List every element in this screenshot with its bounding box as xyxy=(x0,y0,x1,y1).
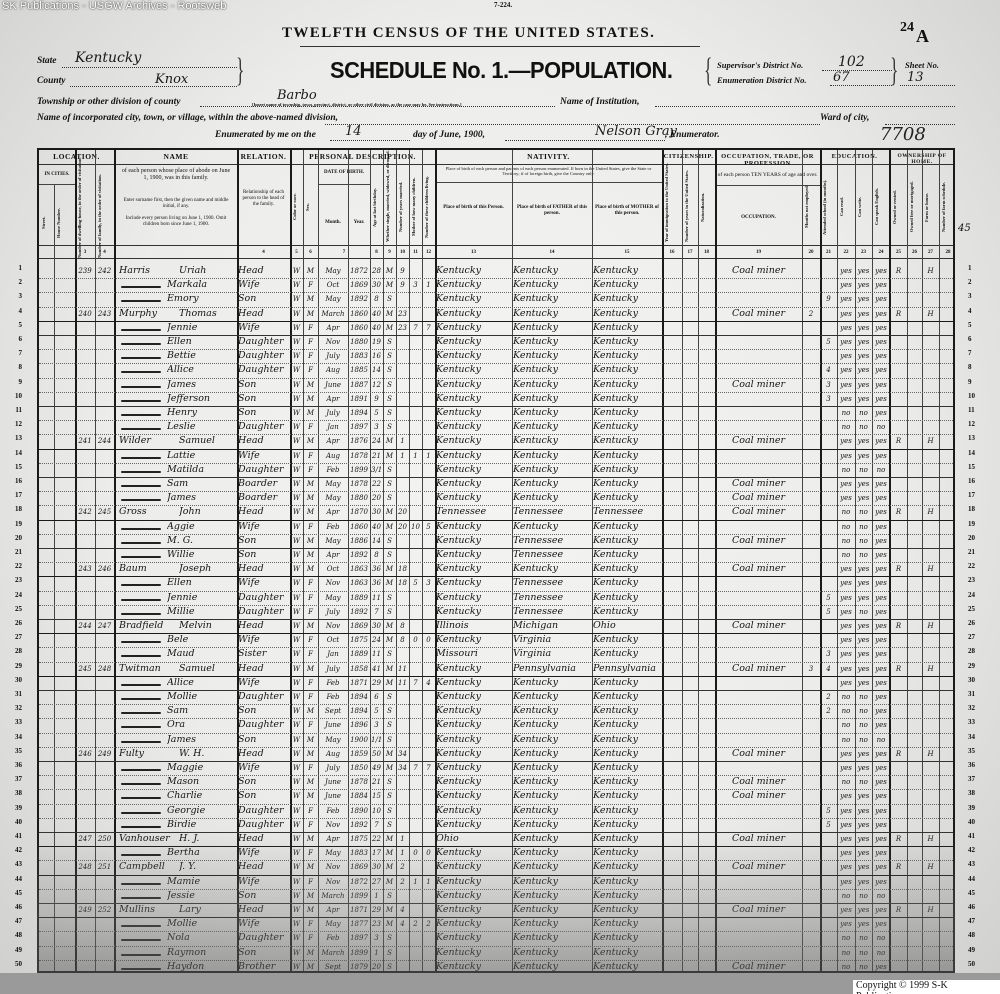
cell-age: 49 xyxy=(371,761,382,775)
column-header-label: Year of immigration to the United States… xyxy=(664,172,680,242)
cell-color: W xyxy=(291,860,302,874)
cell-english: yes xyxy=(873,690,889,704)
cell-relation: Head xyxy=(238,505,289,519)
cell-english: yes xyxy=(873,491,889,505)
column-header-label: Color or race. xyxy=(292,172,301,242)
cell-sex: M xyxy=(304,491,317,505)
cell-ym: 1 xyxy=(397,434,408,448)
cell-mother-of: 10 xyxy=(410,520,421,534)
cell-english: yes xyxy=(873,761,889,775)
cell-relation: Head xyxy=(238,434,289,448)
cell-month: May xyxy=(319,264,347,278)
cell-sex: M xyxy=(304,733,317,747)
line-number-right: 44 xyxy=(968,875,975,883)
cell-relation: Daughter xyxy=(238,591,289,605)
line-number-right: 8 xyxy=(968,363,972,371)
cell-write: yes xyxy=(856,619,871,633)
ditto-dash xyxy=(121,897,161,899)
cell-pob-father: Kentucky xyxy=(513,335,591,349)
column-header-label: Farm or house. xyxy=(924,172,937,242)
column-header-label: Street. xyxy=(41,188,52,258)
cell-sex: F xyxy=(304,335,317,349)
district-brace-right: } xyxy=(890,52,898,90)
line-number-left: 22 xyxy=(2,562,22,570)
line-number-right: 6 xyxy=(968,335,972,343)
cell-year: 1897 xyxy=(349,420,369,434)
ditto-dash xyxy=(121,769,161,771)
cell-english: yes xyxy=(873,548,889,562)
cell-month: Feb xyxy=(319,520,347,534)
header-nativity-desc: Place of birth of each person and parent… xyxy=(439,166,658,176)
cell-pob-mother: Kentucky xyxy=(593,420,661,434)
cell-write: yes xyxy=(856,747,871,761)
cell-year: 1870 xyxy=(349,505,369,519)
cell-write: yes xyxy=(856,647,871,661)
ditto-dash xyxy=(121,783,161,785)
page-stamp: 24 A xyxy=(900,20,914,36)
line-number-right: 25 xyxy=(968,605,975,613)
cell-marital: M xyxy=(384,761,395,775)
cell-sex: M xyxy=(304,562,317,576)
line-number-left: 18 xyxy=(2,505,22,513)
header-name-instr2: Include every person living on June 1, 1… xyxy=(119,216,233,228)
cell-age: 22 xyxy=(371,477,382,491)
cell-marital: S xyxy=(384,931,395,945)
cell-month: Apr xyxy=(319,832,347,846)
cell-pob-father: Kentucky xyxy=(513,406,591,420)
cell-month: Oct xyxy=(319,562,347,576)
cell-given-name: Bertha xyxy=(167,846,225,860)
cell-month: March xyxy=(319,307,347,321)
cell-relation: Son xyxy=(238,733,289,747)
cell-month: Sept xyxy=(319,704,347,718)
header-name-instr1: Enter surname first, then the given name… xyxy=(119,198,233,210)
cell-english: yes xyxy=(873,875,889,889)
cell-pob-mother: Kentucky xyxy=(593,463,661,477)
cell-ym: 9 xyxy=(397,264,408,278)
cell-color: W xyxy=(291,591,302,605)
ditto-dash xyxy=(121,286,161,288)
cell-given-name: Allice xyxy=(167,363,225,377)
cell-color: W xyxy=(291,917,302,931)
cell-year: 1863 xyxy=(349,576,369,590)
table-row: WifeWFFeb186040M20105KentuckyKentuckyKen… xyxy=(39,520,953,534)
cell-marital: S xyxy=(384,491,395,505)
cell-read: yes xyxy=(838,307,854,321)
cell-pob: Kentucky xyxy=(436,633,511,647)
column-number: 21 xyxy=(820,250,837,255)
cell-farm: H xyxy=(923,434,938,448)
cell-age: 11 xyxy=(371,591,382,605)
cell-ym: 23 xyxy=(397,321,408,335)
cell-color: W xyxy=(291,349,302,363)
cell-write: yes xyxy=(856,378,871,392)
cell-write: no xyxy=(856,704,871,718)
cell-pob-father: Kentucky xyxy=(513,931,591,945)
line-number-right: 14 xyxy=(968,449,975,457)
cell-school: 5 xyxy=(821,335,836,349)
cell-write: yes xyxy=(856,349,871,363)
cell-month: Oct xyxy=(319,278,347,292)
cell-read: yes xyxy=(838,818,854,832)
cell-marital: M xyxy=(384,832,395,846)
cell-dwelling: 244 xyxy=(76,619,94,633)
cell-pob-father: Virginia xyxy=(513,647,591,661)
schedule-title: SCHEDULE No. 1.—POPULATION. xyxy=(330,57,672,84)
cell-sex: M xyxy=(304,704,317,718)
cell-pob-father: Kentucky xyxy=(513,747,591,761)
cell-pob: Kentucky xyxy=(436,818,511,832)
cell-occupation: Coal miner xyxy=(716,434,801,448)
column-header-label: Place of birth of this Person. xyxy=(435,205,512,211)
cell-sex: F xyxy=(304,690,317,704)
cell-write: no xyxy=(856,931,871,945)
cell-relation: Son xyxy=(238,548,289,562)
cell-color: W xyxy=(291,548,302,562)
cell-age: 30 xyxy=(371,278,382,292)
cell-pob-father: Kentucky xyxy=(513,846,591,860)
cell-pob: Kentucky xyxy=(436,747,511,761)
cell-write: yes xyxy=(856,491,871,505)
cell-year: 1869 xyxy=(349,278,369,292)
cell-pob-father: Kentucky xyxy=(513,832,591,846)
cell-month: May xyxy=(319,292,347,306)
cell-marital: M xyxy=(384,676,395,690)
cell-year: 1875 xyxy=(349,633,369,647)
cell-occupation: Coal miner xyxy=(716,903,801,917)
cell-read: yes xyxy=(838,278,854,292)
state-value: Kentucky xyxy=(75,50,141,66)
cell-relation: Wife xyxy=(238,576,289,590)
cell-sex: F xyxy=(304,875,317,889)
line-number-right: 38 xyxy=(968,789,975,797)
cell-relation: Boarder xyxy=(238,477,289,491)
cell-pob: Kentucky xyxy=(436,349,511,363)
cell-pob-mother: Kentucky xyxy=(593,264,661,278)
cell-write: yes xyxy=(856,633,871,647)
cell-write: yes xyxy=(856,264,871,278)
cell-pob-father: Kentucky xyxy=(513,718,591,732)
cell-english: yes xyxy=(873,619,889,633)
cell-school: 5 xyxy=(821,804,836,818)
column-header-label: Sex. xyxy=(305,172,316,242)
cell-unemployed: 3 xyxy=(803,662,819,676)
cell-pob-father: Kentucky xyxy=(513,491,591,505)
cell-pob-father: Kentucky xyxy=(513,278,591,292)
cell-sex: F xyxy=(304,676,317,690)
cell-relation: Wife xyxy=(238,761,289,775)
cell-month: June xyxy=(319,718,347,732)
cell-color: W xyxy=(291,378,302,392)
cell-pob-father: Tennessee xyxy=(513,605,591,619)
line-number-left: 5 xyxy=(2,321,22,329)
column-number: 23 xyxy=(855,250,872,255)
cell-relation: Wife xyxy=(238,875,289,889)
cell-given-name: W. H. xyxy=(179,747,237,761)
rule-dob xyxy=(318,184,370,185)
cell-ym: 8 xyxy=(397,633,408,647)
ditto-dash xyxy=(121,826,161,828)
cell-pob: Ohio xyxy=(436,832,511,846)
cell-year: 1897 xyxy=(349,931,369,945)
column-number: 9 xyxy=(383,250,396,255)
cell-mother-of: 5 xyxy=(410,576,421,590)
cell-pob-father: Kentucky xyxy=(513,264,591,278)
cell-marital: S xyxy=(384,349,395,363)
line-number-right: 13 xyxy=(968,434,975,442)
table-row: DaughterWFFeb18946SKentuckyKentuckyKentu… xyxy=(39,690,953,704)
table-row: DaughterWFFeb18973SKentuckyKentuckyKentu… xyxy=(39,931,953,945)
cell-pob-father: Kentucky xyxy=(513,889,591,903)
column-header-label: OCCUPATION. xyxy=(715,215,802,221)
cell-pob: Kentucky xyxy=(436,392,511,406)
cell-pob: Kentucky xyxy=(436,406,511,420)
cell-age: 21 xyxy=(371,775,382,789)
cell-pob-mother: Kentucky xyxy=(593,647,661,661)
cell-read: yes xyxy=(838,903,854,917)
cell-pob: Kentucky xyxy=(436,690,511,704)
table-row: DaughterWFNov18927SKentuckyKentuckyKentu… xyxy=(39,818,953,832)
cell-age: 3 xyxy=(371,931,382,945)
table-row: SonWMJuly18945SKentuckyKentuckyKentuckyn… xyxy=(39,406,953,420)
line-number-left: 1 xyxy=(2,264,22,272)
cell-month: Nov xyxy=(319,860,347,874)
header-rule-colnums xyxy=(39,245,953,246)
line-number-left: 20 xyxy=(2,534,22,542)
ditto-dash xyxy=(121,485,161,487)
cell-write: no xyxy=(856,960,871,974)
cell-occupation: Coal miner xyxy=(716,264,801,278)
cell-pob-father: Kentucky xyxy=(513,676,591,690)
cell-year: 1860 xyxy=(349,520,369,534)
cell-age: 29 xyxy=(371,676,382,690)
cell-pob-mother: Kentucky xyxy=(593,548,661,562)
cell-relation: Son xyxy=(238,789,289,803)
cell-year: 1858 xyxy=(349,662,369,676)
cell-age: 3/12 xyxy=(371,463,382,477)
cell-owned: R xyxy=(891,832,906,846)
cell-month: Apr xyxy=(319,548,347,562)
cell-write: yes xyxy=(856,818,871,832)
line-number-left: 7 xyxy=(2,349,22,357)
table-row: WifeWFFeb187129M1174KentuckyKentuckyKent… xyxy=(39,676,953,690)
cell-marital: S xyxy=(384,591,395,605)
cell-read: no xyxy=(838,534,854,548)
cell-pob-mother: Kentucky xyxy=(593,718,661,732)
cell-mother-of: 7 xyxy=(410,321,421,335)
cell-color: W xyxy=(291,647,302,661)
cell-write: yes xyxy=(856,477,871,491)
ditto-dash xyxy=(121,698,161,700)
cell-sex: M xyxy=(304,747,317,761)
cell-pob-mother: Kentucky xyxy=(593,775,661,789)
cell-month: Apr xyxy=(319,903,347,917)
cell-pob-father: Kentucky xyxy=(513,903,591,917)
cell-sex: F xyxy=(304,363,317,377)
header-occupation: OCCUPATION, TRADE, OR PROFESSION xyxy=(715,153,820,168)
cell-sex: F xyxy=(304,278,317,292)
cell-farm: H xyxy=(923,307,938,321)
cell-surname: Baum xyxy=(119,562,179,576)
cell-english: no xyxy=(873,420,889,434)
cell-living: 2 xyxy=(423,917,434,931)
cell-given-name: Ora xyxy=(167,718,225,732)
cell-color: W xyxy=(291,363,302,377)
cell-ym: 1 xyxy=(397,832,408,846)
cell-pob-mother: Kentucky xyxy=(593,576,661,590)
ditto-dash xyxy=(121,883,161,885)
cell-read: yes xyxy=(838,860,854,874)
line-number-right: 31 xyxy=(968,690,975,698)
cell-color: W xyxy=(291,946,302,960)
cell-read: yes xyxy=(838,662,854,676)
cell-color: W xyxy=(291,534,302,548)
cell-write: no xyxy=(856,605,871,619)
township-instructions: [Insert name of township, town, precinct… xyxy=(252,102,462,107)
cell-pob: Illinois xyxy=(436,619,511,633)
supervisor-label: Supervisor's District No. xyxy=(717,60,803,70)
cell-color: W xyxy=(291,789,302,803)
cell-english: yes xyxy=(873,676,889,690)
cell-english: yes xyxy=(873,804,889,818)
enumerated-suffix: day of June, 1900, xyxy=(413,130,485,140)
cell-english: no xyxy=(873,463,889,477)
cell-read: yes xyxy=(838,392,854,406)
cell-year: 1896 xyxy=(349,718,369,732)
cell-color: W xyxy=(291,576,302,590)
cell-month: July xyxy=(319,761,347,775)
table-row: BoarderWMMay188020SKentuckyKentuckyKentu… xyxy=(39,491,953,505)
cell-pob-mother: Kentucky xyxy=(593,534,661,548)
cell-marital: M xyxy=(384,860,395,874)
cell-sex: M xyxy=(304,392,317,406)
cell-year: 1880 xyxy=(349,491,369,505)
header-citizenship: CITIZENSHIP. xyxy=(662,153,715,160)
cell-english: no xyxy=(873,889,889,903)
cell-write: no xyxy=(856,733,871,747)
cell-pob-father: Tennessee xyxy=(513,591,591,605)
cell-pob-father: Virginia xyxy=(513,633,591,647)
line-number-left: 13 xyxy=(2,434,22,442)
cell-relation: Wife xyxy=(238,917,289,931)
cell-write: no xyxy=(856,690,871,704)
cell-pob-father: Tennessee xyxy=(513,505,591,519)
cell-pob-father: Kentucky xyxy=(513,946,591,960)
cell-farm: H xyxy=(923,562,938,576)
cell-given-name: Nola xyxy=(167,931,225,945)
cell-mother-of: 7 xyxy=(410,676,421,690)
cell-sex: F xyxy=(304,449,317,463)
ditto-dash xyxy=(121,343,161,345)
ditto-dash xyxy=(121,428,161,430)
ward-line xyxy=(885,124,955,125)
cell-sex: F xyxy=(304,520,317,534)
cell-pob-mother: Kentucky xyxy=(593,278,661,292)
cell-given-name: Maud xyxy=(167,647,225,661)
cell-given-name: Allice xyxy=(167,676,225,690)
cell-year: 1871 xyxy=(349,903,369,917)
header-relation: RELATION. xyxy=(237,153,290,162)
cell-color: W xyxy=(291,562,302,576)
column-header-label: Owned free or mortgaged. xyxy=(909,172,920,242)
cell-sex: F xyxy=(304,321,317,335)
cell-school: 2 xyxy=(821,690,836,704)
cell-pob: Kentucky xyxy=(436,420,511,434)
cell-marital: M xyxy=(384,520,395,534)
cell-english: yes xyxy=(873,704,889,718)
cell-age: 8 xyxy=(371,548,382,562)
cell-age: 27 xyxy=(371,875,382,889)
cell-given-name: Ellen xyxy=(167,576,225,590)
cell-month: June xyxy=(319,378,347,392)
cell-given-name: Georgie xyxy=(167,804,225,818)
cell-pob-mother: Kentucky xyxy=(593,832,661,846)
cell-pob: Kentucky xyxy=(436,335,511,349)
line-number-right: 42 xyxy=(968,846,975,854)
table-row: DaughterWFFeb18993/12SKentuckyKentuckyKe… xyxy=(39,463,953,477)
cell-sex: F xyxy=(304,420,317,434)
cell-surname: Bradfield xyxy=(119,619,179,633)
table-row: WifeWFMay187723M422KentuckyKentuckyKentu… xyxy=(39,917,953,931)
cell-write: yes xyxy=(856,335,871,349)
column-header-label: Number of these children living. xyxy=(424,172,433,242)
cell-color: W xyxy=(291,491,302,505)
cell-given-name: Melvin xyxy=(179,619,237,633)
line-number-left: 42 xyxy=(2,846,22,854)
cell-pob: Kentucky xyxy=(436,804,511,818)
table-row: 241244HeadWMApr187624M1KentuckyKentuckyK… xyxy=(39,434,953,448)
cell-relation: Daughter xyxy=(238,690,289,704)
cell-pob-mother: Kentucky xyxy=(593,804,661,818)
cell-pob-father: Kentucky xyxy=(513,789,591,803)
column-header-label: Place of birth of MOTHER of this person. xyxy=(592,205,662,217)
line-number-left: 30 xyxy=(2,676,22,684)
line-number-right: 47 xyxy=(968,917,975,925)
table-row: BrotherWMSept187920SKentuckyKentuckyKent… xyxy=(39,960,953,974)
cell-write: no xyxy=(856,946,871,960)
cell-write: yes xyxy=(856,307,871,321)
institution-line xyxy=(655,106,955,107)
cell-color: W xyxy=(291,747,302,761)
enumerated-prefix: Enumerated by me on the xyxy=(215,130,316,140)
cell-color: W xyxy=(291,292,302,306)
ditto-dash xyxy=(121,641,161,643)
line-number-left: 25 xyxy=(2,605,22,613)
page-stamp-letter: A xyxy=(916,26,929,47)
cell-relation: Daughter xyxy=(238,931,289,945)
cell-english: no xyxy=(873,946,889,960)
cell-ym: 1 xyxy=(397,449,408,463)
cell-month: May xyxy=(319,477,347,491)
cell-year: 1899 xyxy=(349,946,369,960)
cell-month: May xyxy=(319,733,347,747)
cell-english: yes xyxy=(873,307,889,321)
line-number-left: 49 xyxy=(2,946,22,954)
cell-year: 1863 xyxy=(349,562,369,576)
cell-sex: M xyxy=(304,789,317,803)
cell-school: 3 xyxy=(821,647,836,661)
ditto-dash xyxy=(121,613,161,615)
cell-month: May xyxy=(319,917,347,931)
cell-sex: F xyxy=(304,931,317,945)
cell-given-name: Bettie xyxy=(167,349,225,363)
cell-pob: Kentucky xyxy=(436,960,511,974)
cell-school: 4 xyxy=(821,363,836,377)
cell-owned: R xyxy=(891,434,906,448)
cell-read: yes xyxy=(838,335,854,349)
line-number-left: 47 xyxy=(2,917,22,925)
ditto-dash xyxy=(121,797,161,799)
